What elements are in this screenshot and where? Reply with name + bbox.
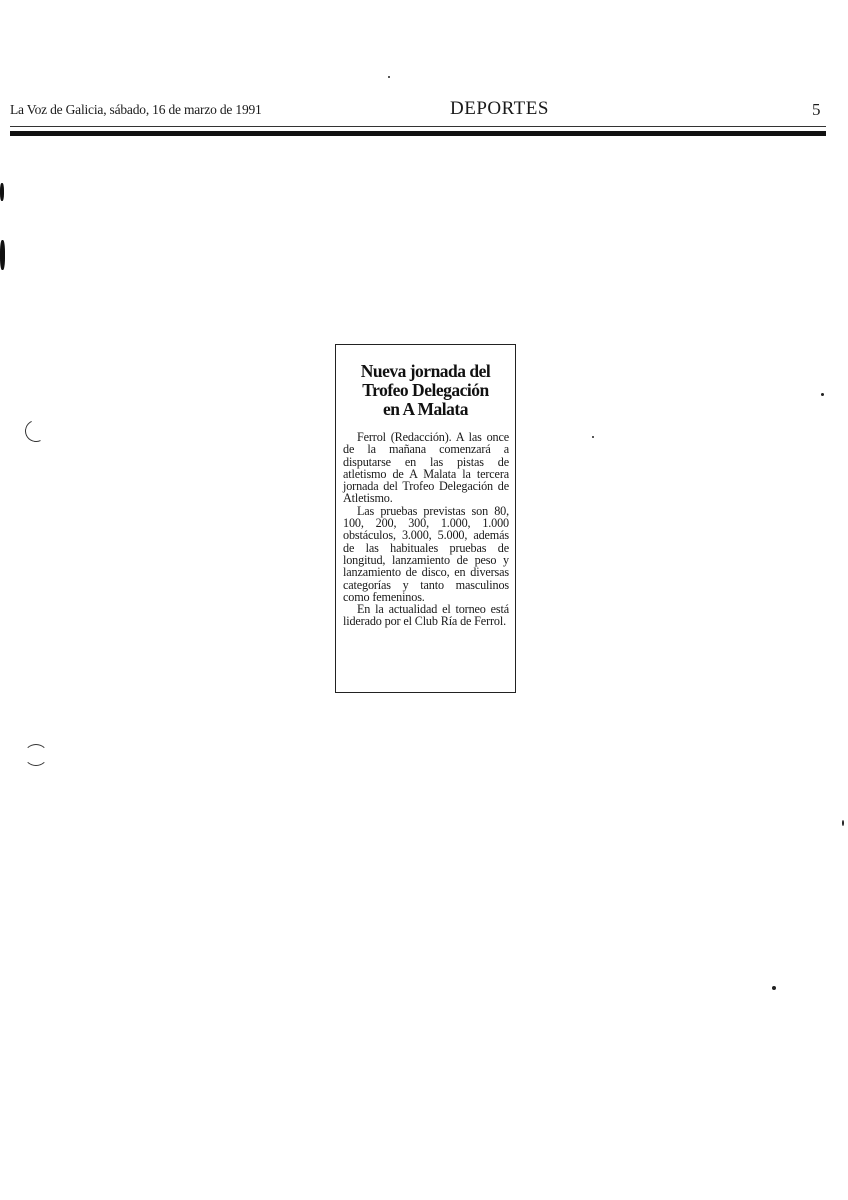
scan-speck <box>821 393 824 396</box>
header-thin-rule <box>10 126 826 127</box>
punch-hole-mark <box>24 744 48 766</box>
page-number: 5 <box>812 100 821 120</box>
article-box: Nueva jornada del Trofeo Delegación en A… <box>335 344 516 693</box>
article-paragraph: Ferrol (Redacción). A las once de la mañ… <box>343 431 509 505</box>
article-title-line: Trofeo Delegación <box>342 381 509 400</box>
punch-hole-mark <box>22 417 50 445</box>
article-title: Nueva jornada del Trofeo Delegación en A… <box>342 362 509 419</box>
header-thick-rule <box>10 131 826 136</box>
scan-speck <box>592 436 594 438</box>
scan-speck <box>842 820 844 826</box>
scan-edge-mark <box>0 240 5 270</box>
scan-edge-mark <box>0 183 4 201</box>
article-body: Ferrol (Redacción). A las once de la mañ… <box>343 431 509 628</box>
article-paragraph: En la actualidad el torneo está liderado… <box>343 603 509 628</box>
article-title-line: Nueva jornada del <box>342 362 509 381</box>
scan-speck <box>772 986 776 990</box>
article-paragraph: Las pruebas previstas son 80, 100, 200, … <box>343 505 509 603</box>
scan-speck <box>388 76 390 78</box>
publication-date-line: La Voz de Galicia, sábado, 16 de marzo d… <box>10 102 262 118</box>
article-title-line: en A Malata <box>342 400 509 419</box>
section-title: DEPORTES <box>450 98 549 120</box>
